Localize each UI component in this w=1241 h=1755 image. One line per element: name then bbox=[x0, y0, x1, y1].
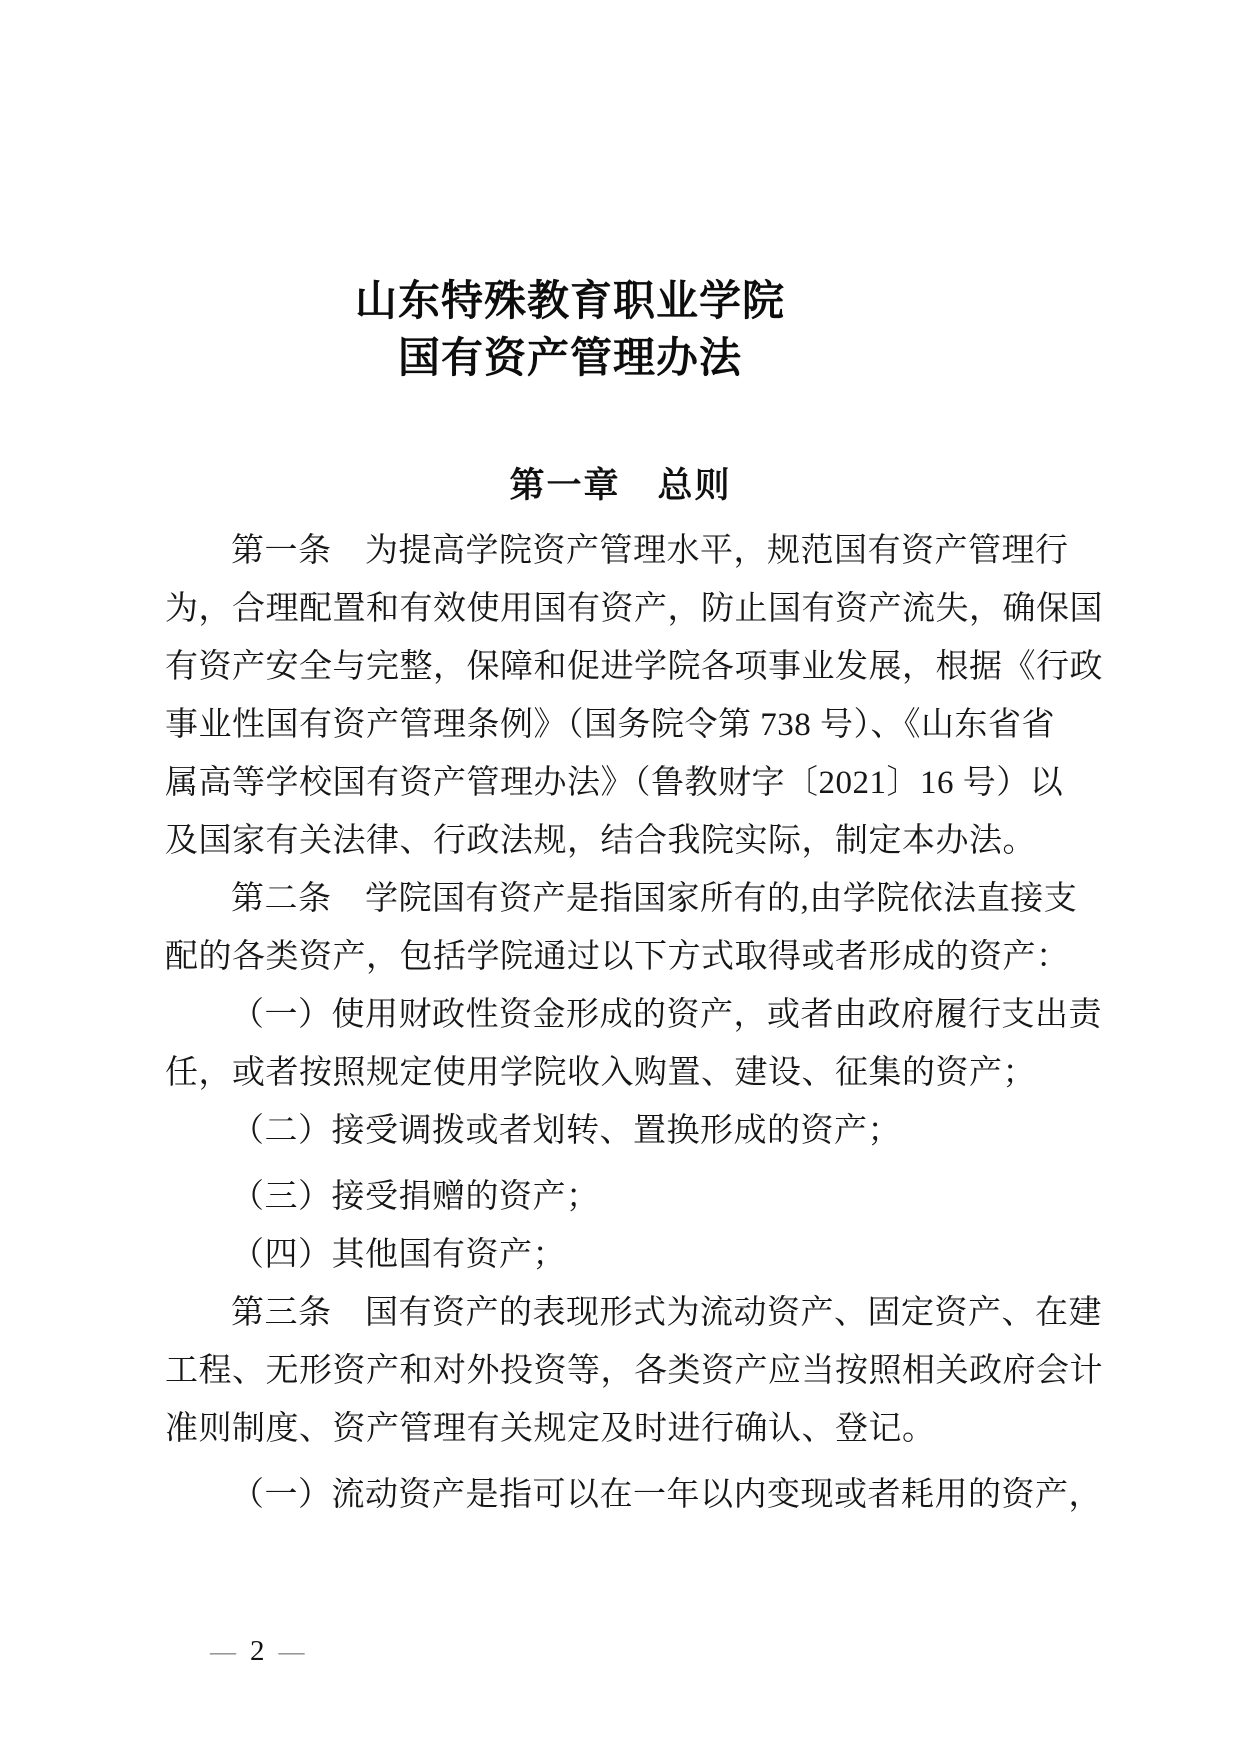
text-line: 及国家有关法律、行政法规，结合我院实际，制定本办法。 bbox=[165, 812, 1085, 870]
text-line: 属高等学校国有资产管理办法》（鲁教财字〔2021〕16 号）以 bbox=[165, 754, 1085, 812]
document-title-line-1: 山东特殊教育职业学院 bbox=[0, 272, 1140, 329]
footer-right-dash: — bbox=[265, 1637, 319, 1666]
document-body: 第一条 为提高学院资产管理水平，规范国有资产管理行 为，合理配置和有效使用国有资… bbox=[165, 522, 1085, 1524]
text-line: 第二条 学院国有资产是指国家所有的,由学院依法直接支 bbox=[165, 870, 1085, 928]
text-line: （一）流动资产是指可以在一年以内变现或者耗用的资产， bbox=[165, 1466, 1085, 1524]
text-line: 有资产安全与完整，保障和促进学院各项事业发展，根据《行政 bbox=[165, 638, 1085, 696]
footer-left-dash: — bbox=[196, 1637, 250, 1666]
text-line: 任，或者按照规定使用学院收入购置、建设、征集的资产； bbox=[165, 1044, 1085, 1102]
text-line: 工程、无形资产和对外投资等，各类资产应当按照相关政府会计 bbox=[165, 1342, 1085, 1400]
text-line: （四）其他国有资产； bbox=[165, 1226, 1085, 1284]
text-line: 第三条 国有资产的表现形式为流动资产、固定资产、在建 bbox=[165, 1284, 1085, 1342]
document-page: 山东特殊教育职业学院 国有资产管理办法 第一章 总则 第一条 为提高学院资产管理… bbox=[0, 0, 1241, 1755]
page-number: —2— bbox=[196, 1634, 319, 1669]
text-line: 准则制度、资产管理有关规定及时进行确认、登记。 bbox=[165, 1400, 1085, 1458]
footer-page-number: 2 bbox=[250, 1635, 265, 1667]
text-line: 事业性国有资产管理条例》（国务院令第 738 号）、《山东省省 bbox=[165, 696, 1085, 754]
text-line: （二）接受调拨或者划转、置换形成的资产； bbox=[165, 1102, 1085, 1160]
text-line: 第一条 为提高学院资产管理水平，规范国有资产管理行 bbox=[165, 522, 1085, 580]
document-title: 山东特殊教育职业学院 国有资产管理办法 bbox=[0, 272, 1140, 386]
text-line: （三）接受捐赠的资产； bbox=[165, 1168, 1085, 1226]
text-line: 为，合理配置和有效使用国有资产，防止国有资产流失，确保国 bbox=[165, 580, 1085, 638]
text-line: （一）使用财政性资金形成的资产，或者由政府履行支出责 bbox=[165, 986, 1085, 1044]
chapter-heading: 第一章 总则 bbox=[0, 466, 1241, 506]
text-line: 配的各类资产，包括学院通过以下方式取得或者形成的资产： bbox=[165, 928, 1085, 986]
document-title-line-2: 国有资产管理办法 bbox=[0, 329, 1140, 386]
